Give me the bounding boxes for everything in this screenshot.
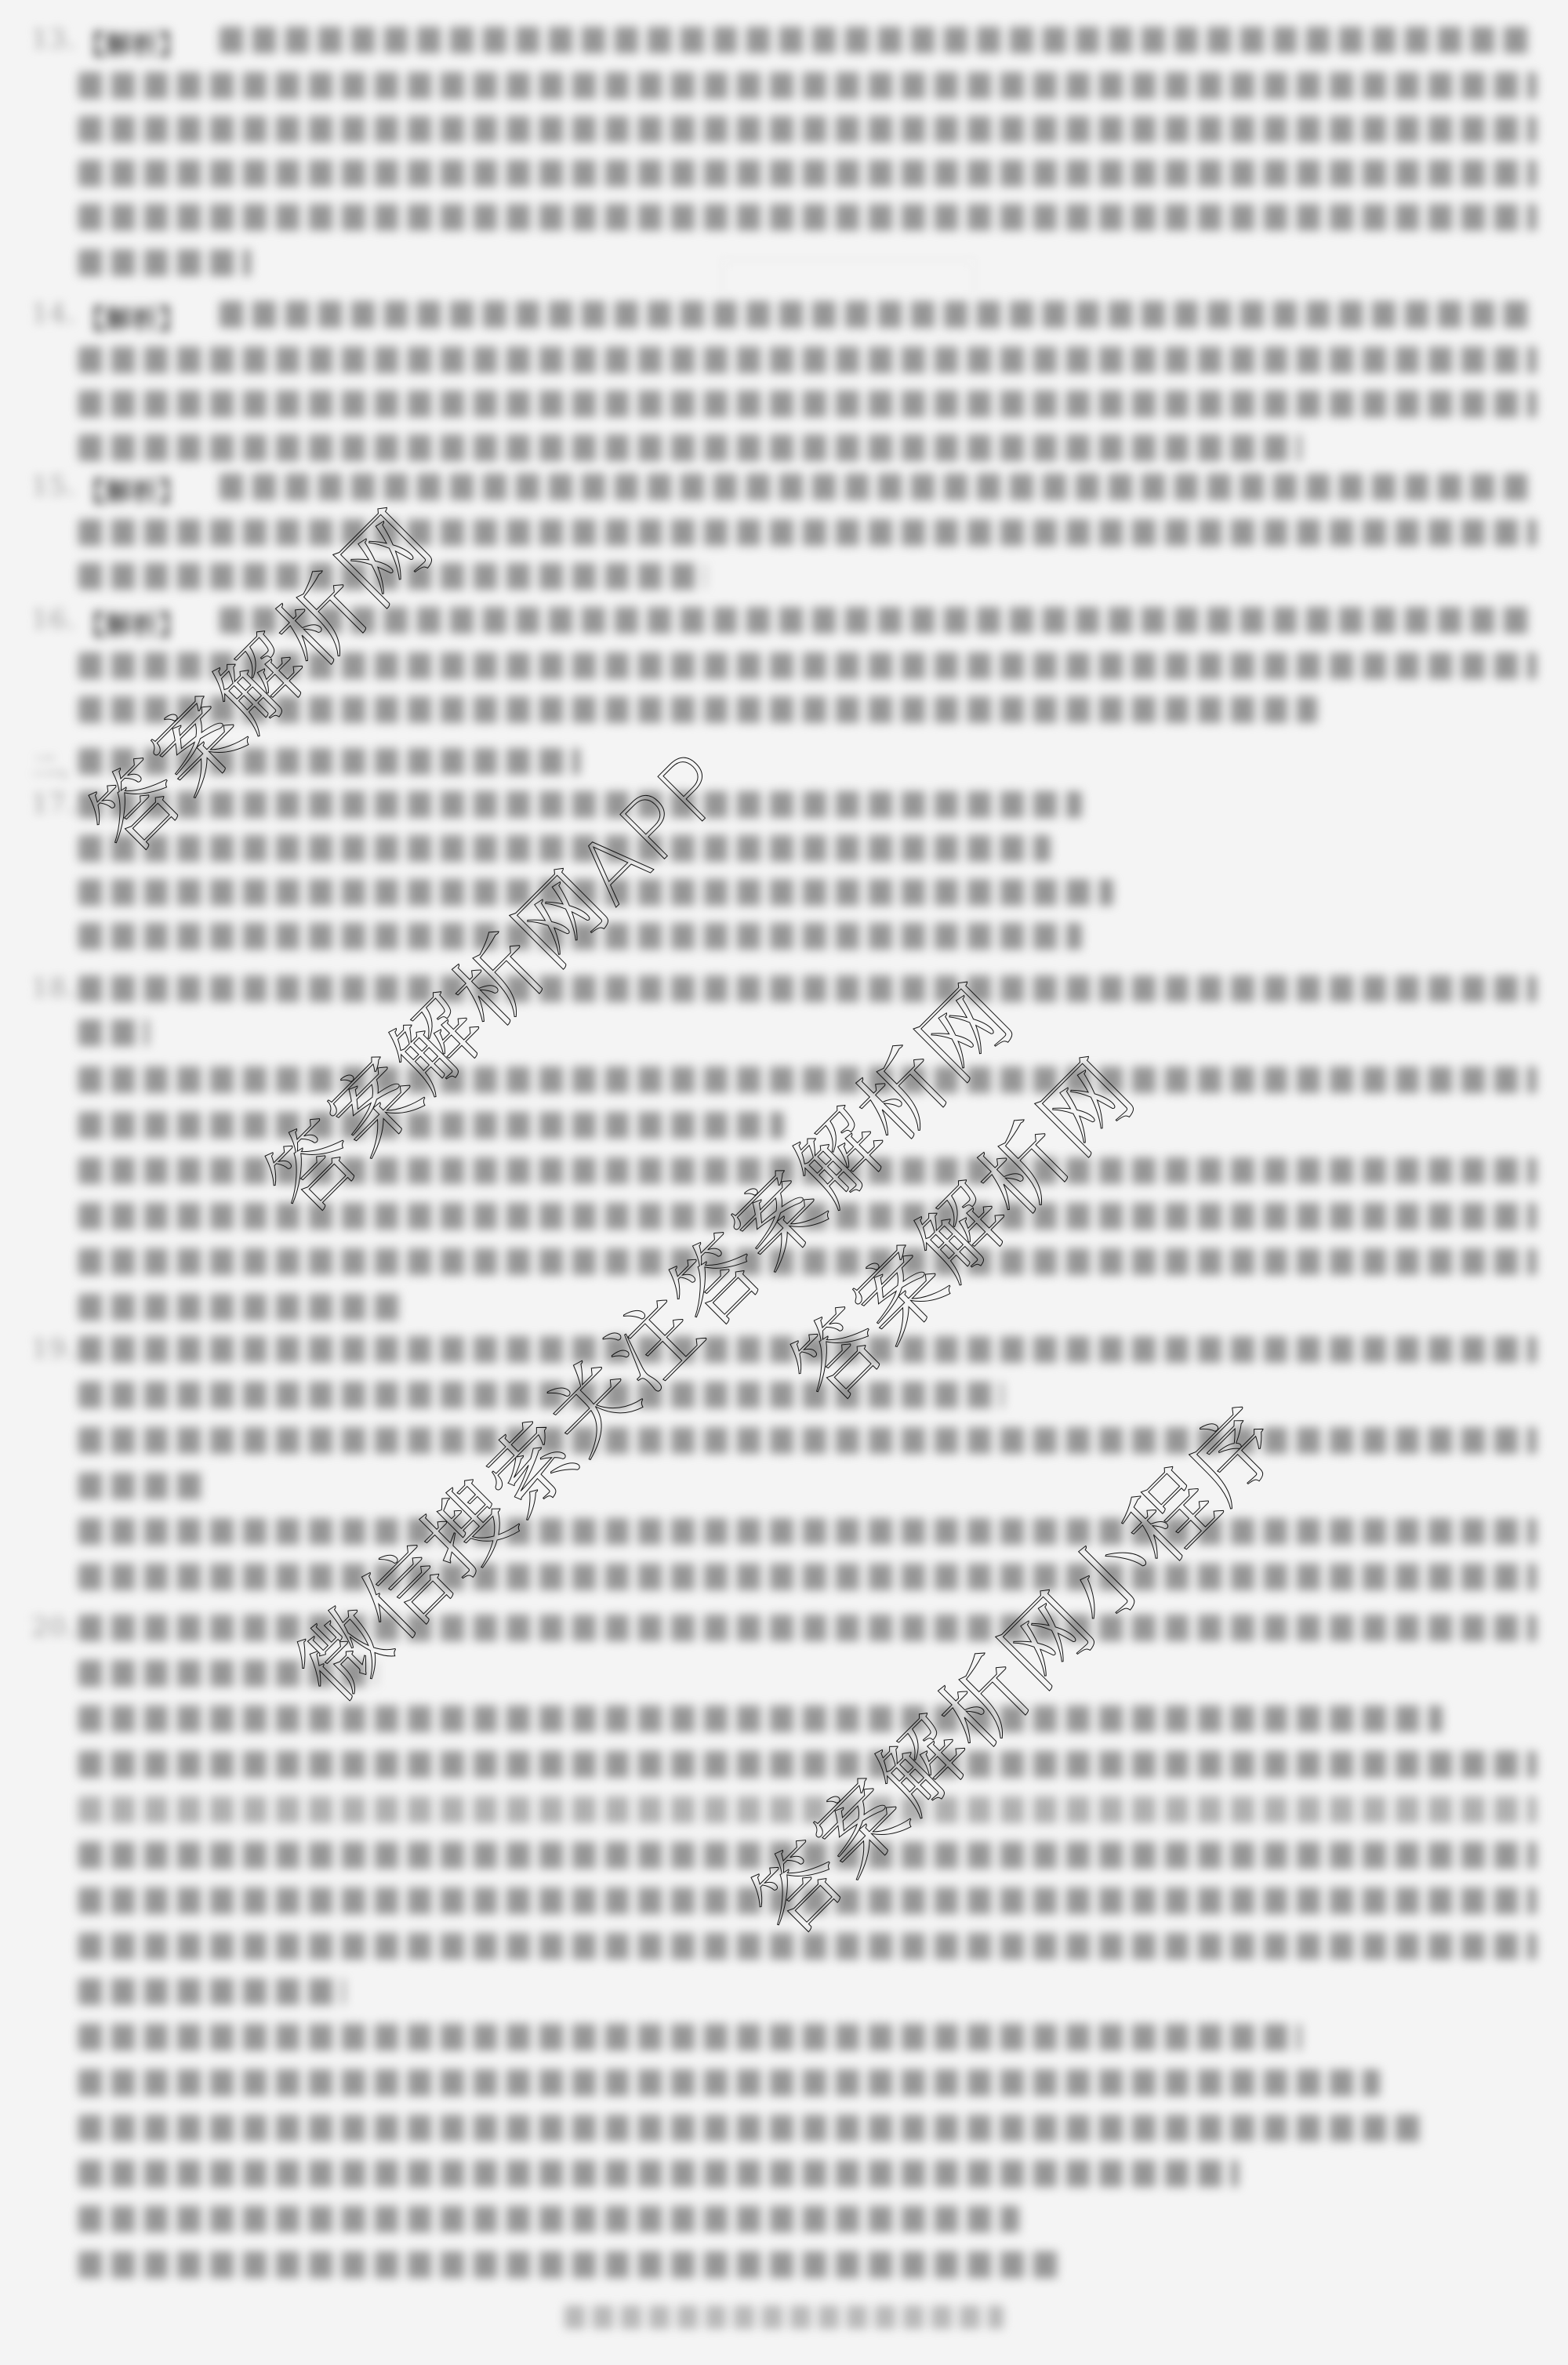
document-page: 13. 【解析】 14. 【解析】 15. 【解析】 bbox=[0, 0, 1568, 2365]
analysis-tag: 【解析】 bbox=[78, 604, 185, 642]
question-number: 19. bbox=[31, 1333, 78, 1364]
question-number: 14. bbox=[31, 298, 78, 329]
analysis-tag: 【解析】 bbox=[78, 298, 185, 336]
analysis-tag: 【解析】 bbox=[78, 470, 185, 509]
question-number: 18. bbox=[31, 972, 78, 1004]
question-number: 13. bbox=[31, 24, 78, 55]
page-footer bbox=[564, 2305, 1004, 2329]
question-number: 20. bbox=[31, 1611, 78, 1643]
question-number: 16. bbox=[31, 604, 78, 635]
question-number: 15. bbox=[31, 470, 78, 502]
analysis-tag: 【解析】 bbox=[78, 24, 185, 62]
